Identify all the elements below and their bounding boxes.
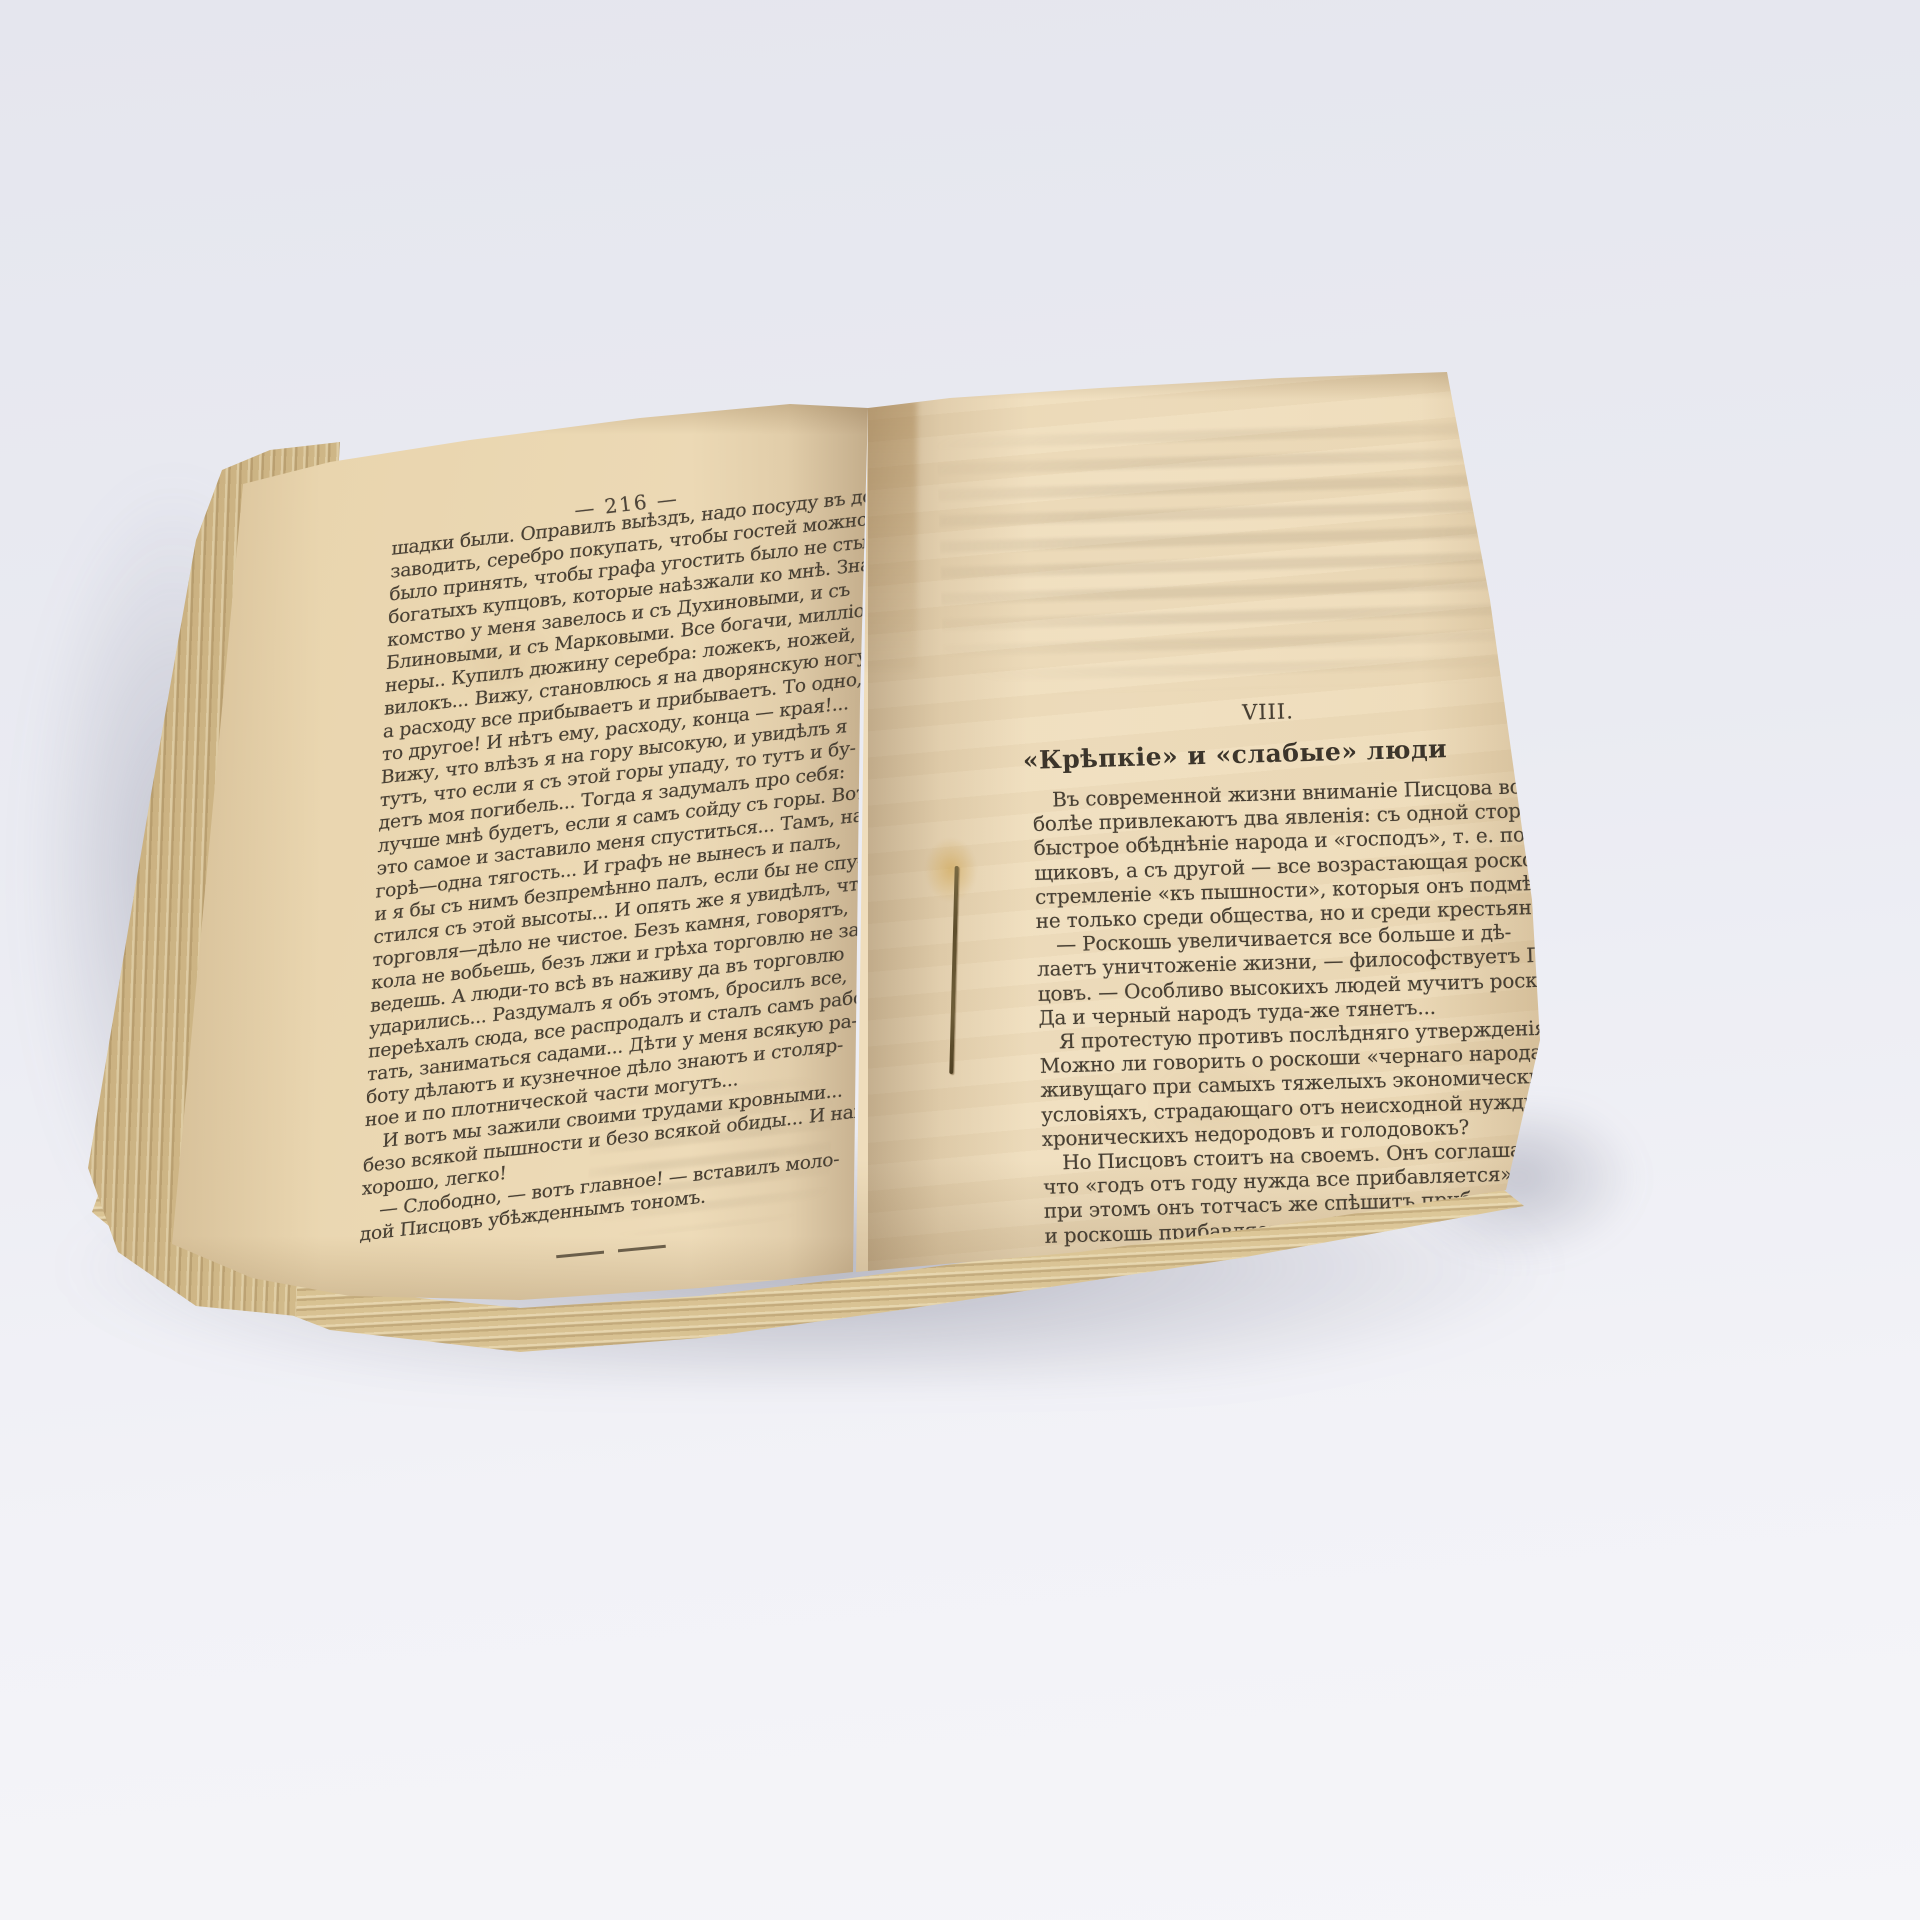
page-top-edge-shading — [172, 400, 872, 446]
pin-stain — [925, 838, 977, 902]
chapter-number: VIII. — [1158, 697, 1379, 727]
section-divider — [556, 1245, 666, 1259]
bleed-through-text — [936, 414, 1523, 698]
right-page-text: Въ современной жизни вниманіе Писцова вс… — [1032, 772, 1605, 1296]
left-page-text: шадки были. Оправилъ выѣздъ, надо посуду… — [359, 481, 910, 1247]
photo-backdrop: — 216 — шадки были. Оправилъ выѣздъ, над… — [0, 0, 1920, 1920]
pin — [949, 866, 958, 1074]
gutter-shadow — [868, 390, 1028, 1280]
chapter-title: «Крѣпкіе» и «слабые» люди — [955, 732, 1516, 777]
page-top-edge-shading — [868, 368, 1558, 410]
